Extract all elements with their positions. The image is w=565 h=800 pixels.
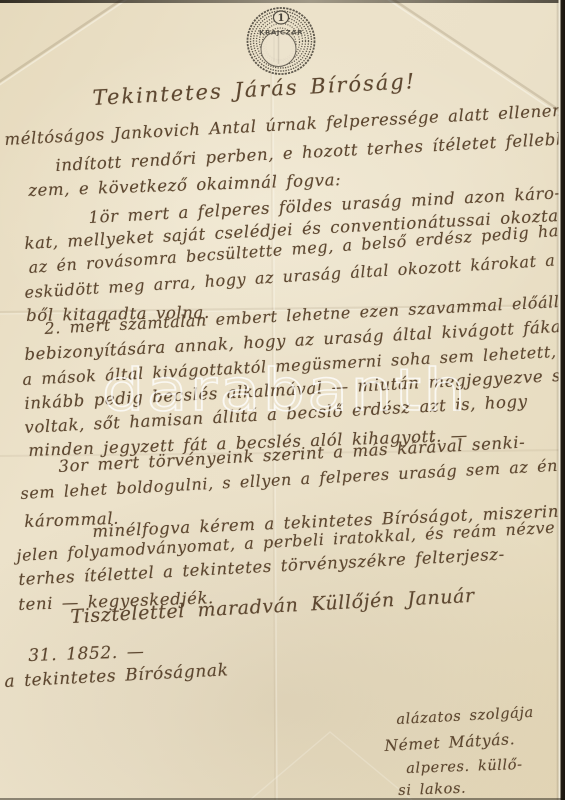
signature-line: si lakos. [398, 781, 466, 799]
photo-edge-right [556, 0, 565, 800]
scanned-letter-photo: 1 KRAJCZÁR Tekintetes Járás Bíróság! mél… [0, 0, 565, 800]
handwritten-line: 31. 1852. — [28, 642, 145, 666]
photo-edge-top [0, 0, 565, 3]
